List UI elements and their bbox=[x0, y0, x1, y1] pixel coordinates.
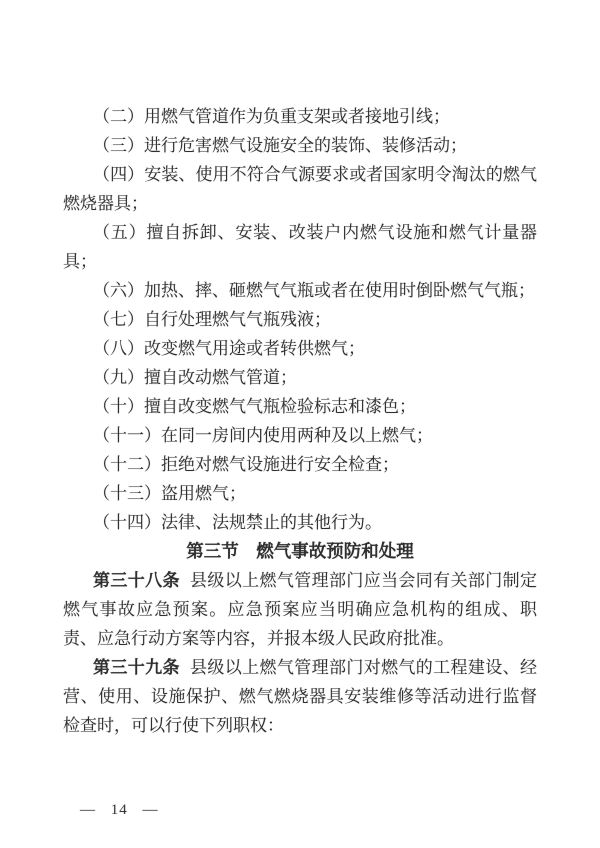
list-item: （八）改变燃气用途或者转供燃气； bbox=[63, 334, 537, 363]
list-item: （五）擅自拆卸、安装、改装户内燃气设施和燃气计量器具； bbox=[63, 218, 537, 276]
list-item: （十二）拒绝对燃气设施进行安全检查； bbox=[63, 450, 537, 479]
document-page: （二）用燃气管道作为负重支架或者接地引线； （三）进行危害燃气设施安全的装饰、装… bbox=[0, 0, 600, 848]
list-item: （十一）在同一房间内使用两种及以上燃气； bbox=[63, 421, 537, 450]
list-item: （四）安装、使用不符合气源要求或者国家明令淘汰的燃气燃烧器具； bbox=[63, 160, 537, 218]
list-item: （二）用燃气管道作为负重支架或者接地引线； bbox=[63, 102, 537, 131]
list-item: （十三）盗用燃气； bbox=[63, 479, 537, 508]
list-item: （三）进行危害燃气设施安全的装饰、装修活动； bbox=[63, 131, 537, 160]
list-item: （九）擅自改动燃气管道； bbox=[63, 363, 537, 392]
document-body: （二）用燃气管道作为负重支架或者接地引线； （三）进行危害燃气设施安全的装饰、装… bbox=[63, 102, 537, 740]
article-number: 第三十九条 bbox=[93, 658, 180, 677]
page-number: — 14 — bbox=[80, 800, 159, 820]
article-paragraph: 第三十八条县级以上燃气管理部门应当会同有关部门制定燃气事故应急预案。应急预案应当… bbox=[63, 566, 537, 653]
list-item: （六）加热、摔、砸燃气气瓶或者在使用时倒卧燃气气瓶； bbox=[63, 276, 537, 305]
article-number: 第三十八条 bbox=[93, 571, 180, 590]
article-paragraph: 第三十九条县级以上燃气管理部门对燃气的工程建设、经营、使用、设施保护、燃气燃烧器… bbox=[63, 653, 537, 740]
list-item: （十）擅自改变燃气气瓶检验标志和漆色； bbox=[63, 392, 537, 421]
list-item: （七）自行处理燃气气瓶残液； bbox=[63, 305, 537, 334]
section-heading: 第三节 燃气事故预防和处理 bbox=[63, 537, 537, 566]
list-item: （十四）法律、法规禁止的其他行为。 bbox=[63, 508, 537, 537]
